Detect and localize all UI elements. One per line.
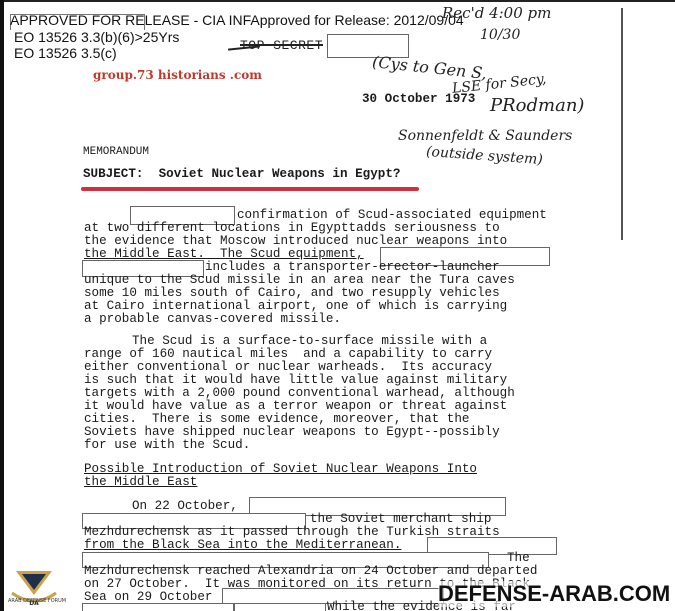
paragraph-1-line: the Middle East. The Scud equipment, <box>84 248 364 261</box>
source-watermark: group.73 historians .com <box>93 68 262 82</box>
paragraph-2-line: either conventional or nuclear warheads.… <box>84 361 492 374</box>
subject-label: SUBJECT: <box>83 167 143 181</box>
release-stamp-left: APPROVED FOR RELEASE - CIA INF <box>10 12 250 28</box>
memo-date: 30 October 1973 <box>362 92 475 106</box>
handwritten-routing-5: (outside system) <box>426 144 544 168</box>
margin-rule <box>621 8 623 240</box>
paragraph-1-line: a probable canvas-covered missile. <box>84 313 341 326</box>
memo-subject: SUBJECT: Soviet Nuclear Weapons in Egypt… <box>83 167 400 181</box>
redaction-box <box>234 603 326 611</box>
paragraph-1-line: at Cairo international airport, one of w… <box>84 300 507 313</box>
forum-logo-icon: DA <box>4 565 64 611</box>
site-watermark: DEFENSE-ARAB.COM <box>438 581 670 607</box>
paragraph-3-line: Mezhdurechensk reached Alexandria on 24 … <box>84 565 537 578</box>
classification-marking: TOP SECRET <box>240 38 323 53</box>
paragraph-1-line: the evidence that Moscow introduced nucl… <box>84 235 507 248</box>
page-left-edge <box>0 0 4 611</box>
paragraph-2-line: it would have value as a terror weapon o… <box>84 400 507 413</box>
subject-text: Soviet Nuclear Weapons in Egypt? <box>159 167 401 181</box>
paragraph-1-line: includes a transporter-erector-launcher <box>205 261 500 274</box>
handwritten-received: Rec'd 4:00 pm <box>442 4 551 22</box>
section-heading: Possible Introduction of Soviet Nuclear … <box>84 463 477 476</box>
redaction-box <box>82 603 234 611</box>
paragraph-2-line: cities. There is some evidence, moreover… <box>84 413 469 426</box>
handwritten-routing-3: PRodman) <box>490 95 584 116</box>
exemption-code-2: EO 13526 3.5(c) <box>14 45 117 61</box>
paragraph-1-line: unique to the Scud missile in an area ne… <box>84 274 515 287</box>
paragraph-2-line: is such that it would have little value … <box>84 374 507 387</box>
paragraph-1-line: at two different locations in Egypttadds… <box>84 222 500 235</box>
paragraph-3-line: On 22 October, <box>132 500 238 513</box>
paragraph-3-line: Sea on 29 October <box>84 591 212 604</box>
paragraph-3-line: the Soviet merchant ship <box>310 513 491 526</box>
subject-highlight-underline <box>81 187 419 191</box>
forum-logo-caption: ARAB DEFENSE FORUM <box>8 598 66 604</box>
scanned-document-page: APPROVED FOR RELEASE - CIA INFApproved f… <box>0 0 675 611</box>
paragraph-1-line: confirmation of Scud-associated equipmen… <box>237 209 547 222</box>
paragraph-2-line: Soviets have shipped nuclear weapons to … <box>84 426 500 439</box>
handwritten-date: 10/30 <box>480 27 520 43</box>
paragraph-1-line: some 10 miles south of Cairo, and two re… <box>84 287 500 300</box>
release-stamp: APPROVED FOR RELEASE - CIA INFApproved f… <box>10 12 464 28</box>
handwritten-routing-4: Sonnenfeldt & Saunders <box>398 128 572 144</box>
paragraph-3-line: The <box>507 552 530 565</box>
paragraph-2-line: targets with a 2,000 pound conventional … <box>84 387 515 400</box>
paragraph-2-line: for use with the Scud. <box>84 439 250 452</box>
exemption-code-1: EO 13526 3.3(b)(6)>25Yrs <box>14 29 179 45</box>
paragraph-2-line: range of 160 nautical miles and a capabi… <box>84 348 492 361</box>
section-heading: the Middle East <box>84 476 197 489</box>
paragraph-2-line: The Scud is a surface-to-surface missile… <box>132 335 487 348</box>
page-top-edge <box>0 0 675 2</box>
release-stamp-right: Approved for Release: 2012/09/04 <box>250 12 463 28</box>
paragraph-3-line: from the Black Sea into the Mediterranea… <box>84 539 401 552</box>
memo-type: MEMORANDUM <box>83 146 149 158</box>
